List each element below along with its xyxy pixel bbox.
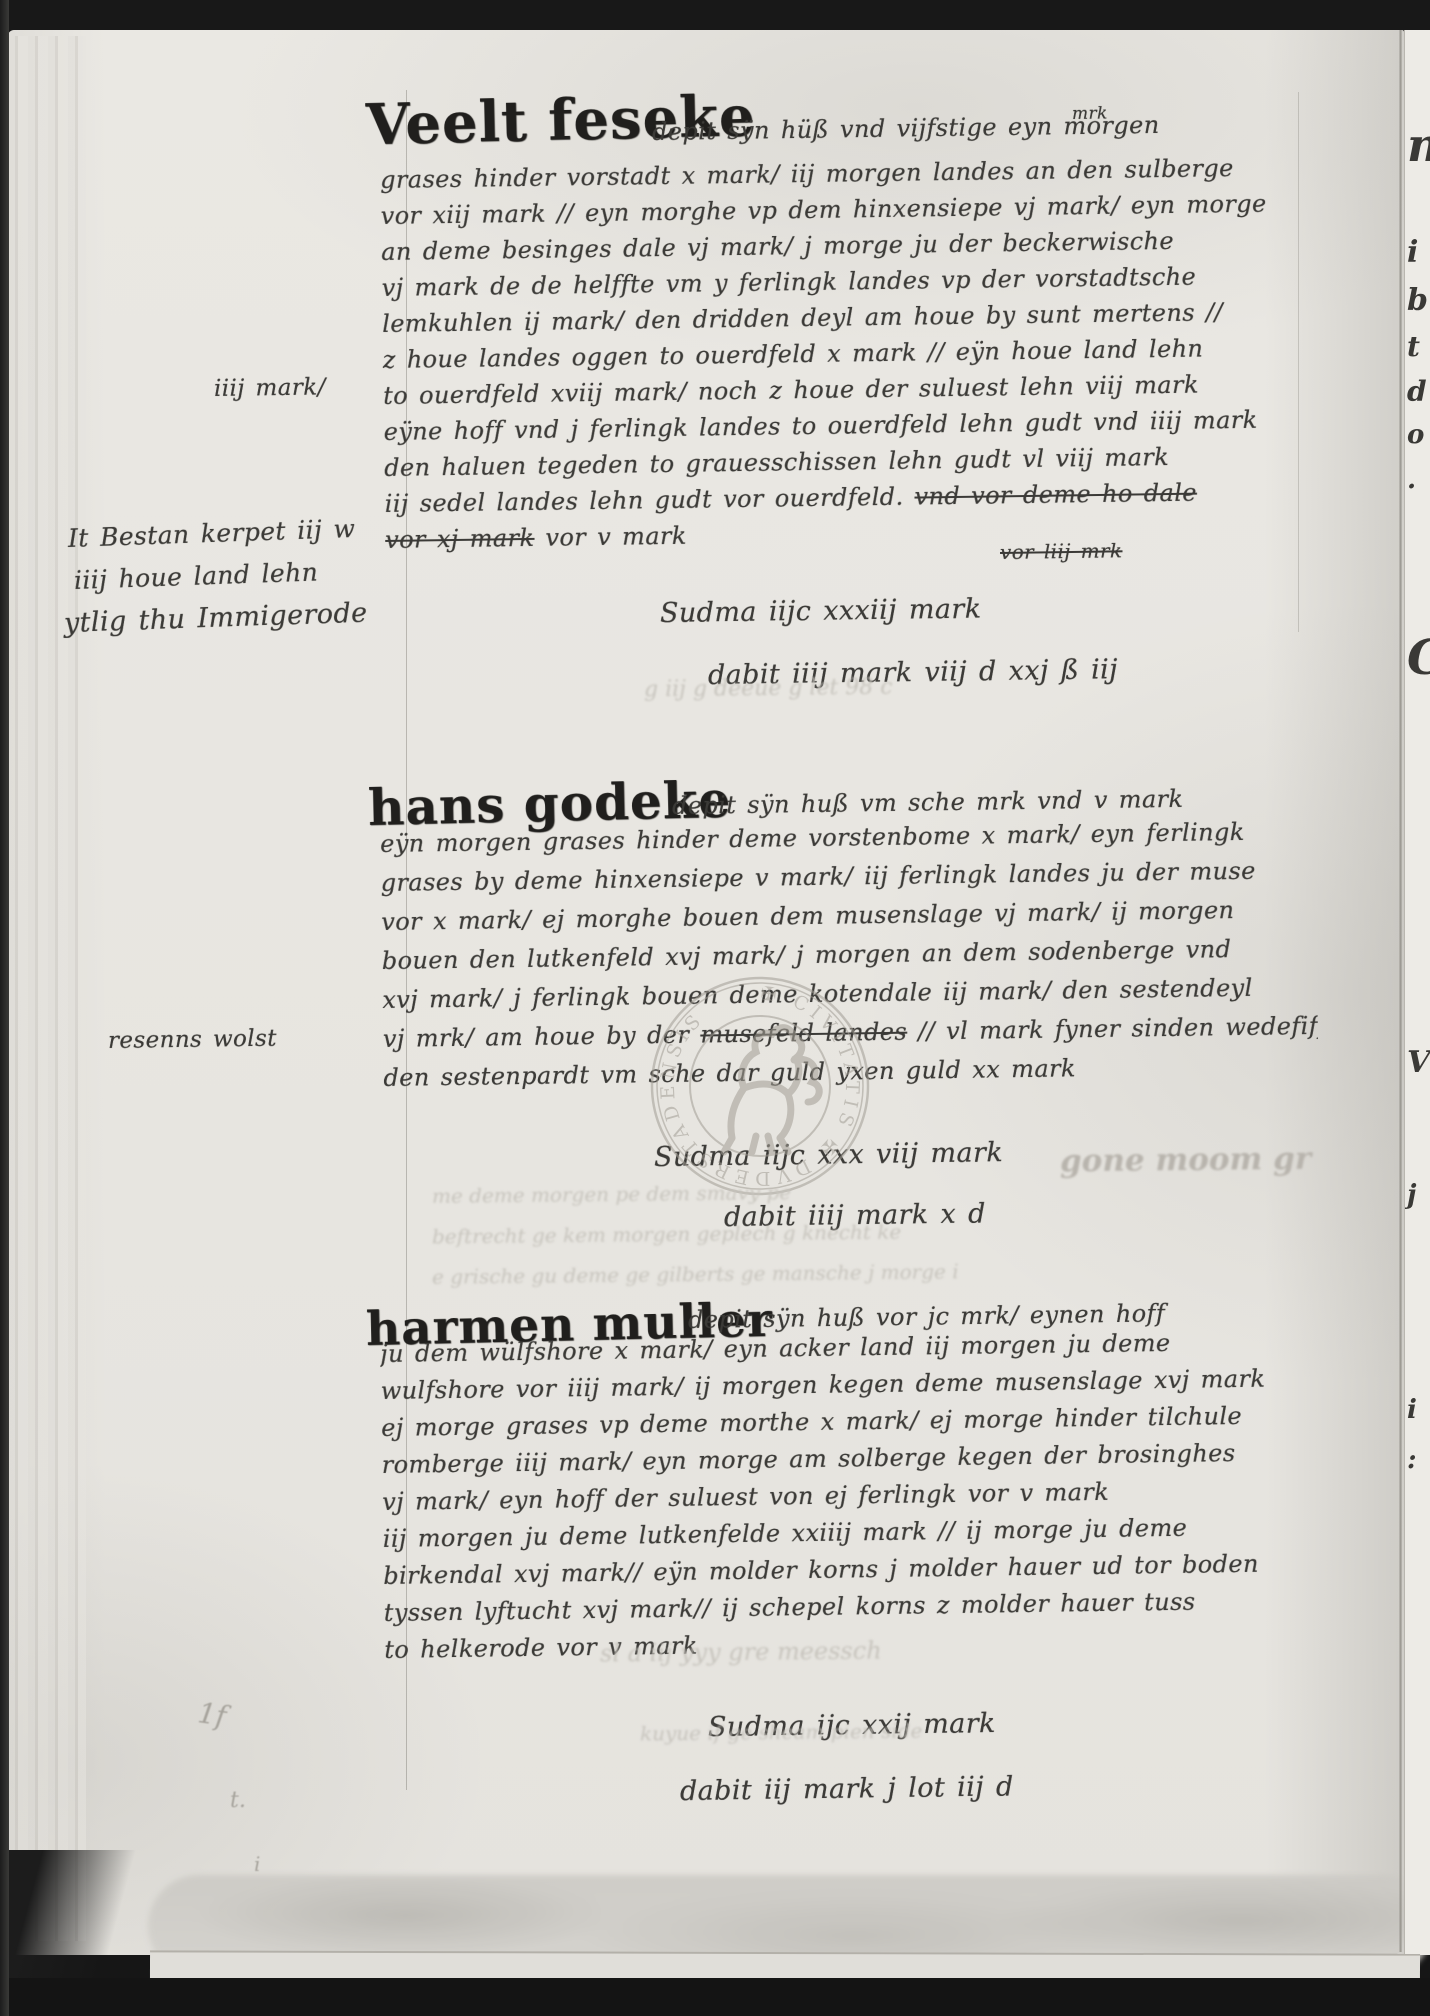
cutoff-letter: d xyxy=(1407,375,1427,408)
cutoff-letter: C xyxy=(1407,630,1430,686)
cutoff-letter: V xyxy=(1407,1045,1430,1080)
photo-background-bottom xyxy=(0,1978,1430,2016)
pencil-mark: i xyxy=(254,1852,261,1876)
manuscript-page: Veelt feseke depit sÿn hüß vnd vijfstige… xyxy=(8,30,1404,1955)
bleedthrough-text: sl a iij yyy gre meessch xyxy=(600,1637,882,1668)
bleedthrough-text: g iij g deeue g let 98 c xyxy=(644,675,893,703)
dabit-line: dabit iij mark j lot iij d xyxy=(680,1771,1014,1807)
entry-body: ju dem wülfshore x mark/ eyn acker land … xyxy=(380,1327,1320,1673)
superscript-note: mrk xyxy=(1072,104,1108,124)
line-text: iij sedel landes lehn gudt vor ouerdfeld… xyxy=(385,483,915,518)
summa-line: Sudma iijc xxxiij mark xyxy=(660,594,982,629)
archive-seal-stamp: ✠ CIVITATIS ✠ DVDERSTADENSIS xyxy=(644,970,876,1202)
margin-amount-note: iiij mark/ xyxy=(214,374,326,402)
page-edge-creases xyxy=(8,36,86,1941)
bleedthrough-text: me deme morgen pe dem smavy pe xyxy=(432,1180,791,1208)
lion-rampant-icon xyxy=(724,1028,819,1152)
struck-text: vor xj mark xyxy=(385,524,535,554)
pencil-mark: 1f xyxy=(196,1696,229,1733)
bleedthrough-text: kuyue if ge sheam pien side xyxy=(640,1719,923,1746)
entry-first-line: depit sÿn huß vor jc mrk/ eynen hoff xyxy=(688,1299,1165,1334)
cutoff-letter: b xyxy=(1407,283,1428,318)
cutoff-letter: i xyxy=(1407,235,1418,270)
scanned-manuscript-photo: Veelt feseke depit sÿn hüß vnd vijfstige… xyxy=(0,0,1430,2016)
photo-background-left xyxy=(0,0,9,2016)
line-text: vor v mark xyxy=(534,522,687,552)
entry-first-line: depit sÿn huß vm sche mrk vnd v mark xyxy=(672,785,1184,820)
line-text: // vl mark fyner sinden wedefifft xyxy=(907,1012,1318,1046)
pencil-mark: t. xyxy=(230,1788,246,1813)
entry-body: grases hinder vorstadt x mark/ iij morge… xyxy=(380,153,1320,562)
bleedthrough-text: e grische gu deme ge gilberts ge mansche… xyxy=(432,1259,959,1289)
margin-annotation-line: ytlig thu Immigerode xyxy=(63,597,368,639)
gutter-crease xyxy=(1399,30,1402,1952)
margin-annotation-line: It Bestan kerpet iij w xyxy=(67,514,355,553)
struck-side-note: vor liij mrk xyxy=(1000,538,1123,564)
cutoff-letter: o xyxy=(1407,420,1424,450)
cutoff-letter: . xyxy=(1407,465,1416,495)
cutoff-letter: i xyxy=(1407,1395,1417,1425)
cutoff-letter: t xyxy=(1407,330,1420,363)
line-text: grases hinder vorstadt x mark/ iij morge… xyxy=(380,154,1234,194)
cutoff-letter: m xyxy=(1407,118,1430,172)
cutoff-letter: : xyxy=(1407,1445,1417,1475)
cutoff-letter: j xyxy=(1407,1180,1416,1210)
underlying-page-edges xyxy=(150,1950,1420,1981)
bleedthrough-text: gone moom gr xyxy=(1060,1141,1312,1180)
struck-text: vnd vor deme ho dale xyxy=(914,479,1197,511)
facing-page-edge: m i b t d o . C V j i : xyxy=(1404,30,1430,1955)
photo-background-top xyxy=(0,0,1430,30)
margin-amount-note: resenns wolst xyxy=(108,1026,277,1054)
margin-annotation-line: iiij houe land lehn xyxy=(73,557,318,595)
bleedthrough-text: beftrecht ge kem morgen geplech g knecht… xyxy=(432,1220,901,1249)
